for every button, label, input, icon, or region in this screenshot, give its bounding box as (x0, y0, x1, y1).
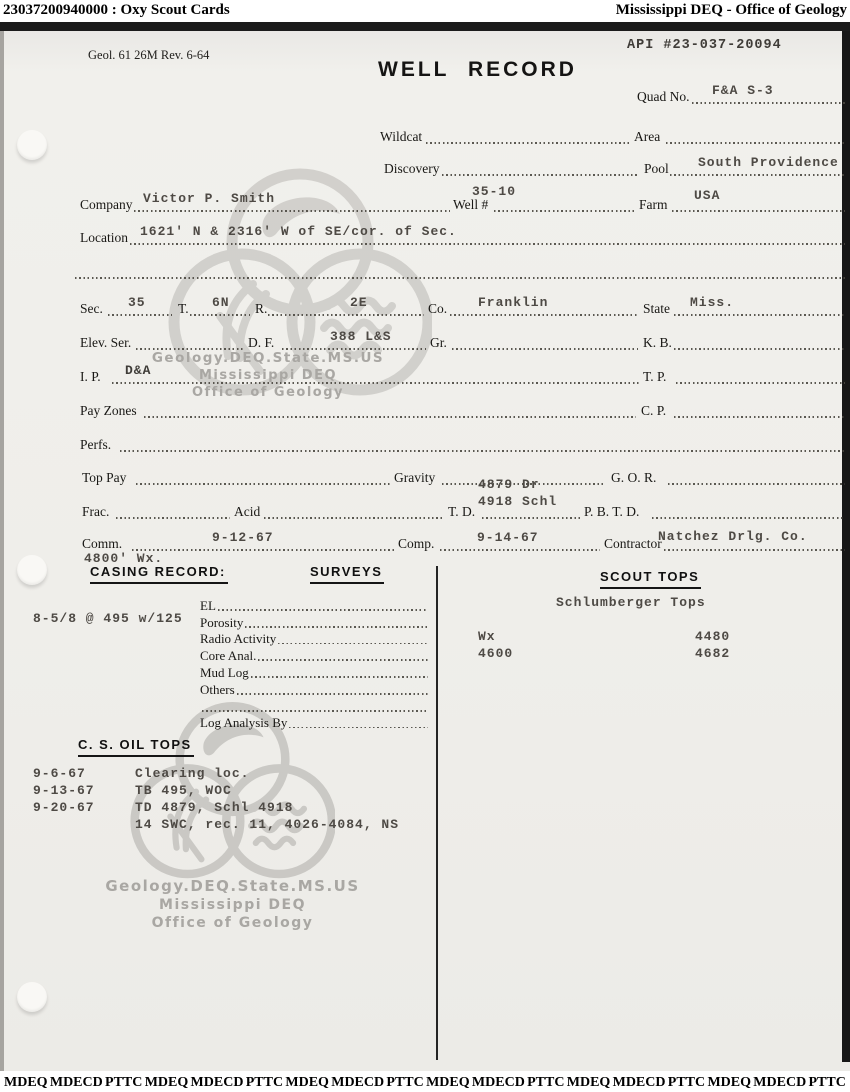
footer-ticker: MDEQ MDECD PTTC MDEQ MDECD PTTC MDEQ MDE… (0, 1071, 850, 1092)
footer-token: PTTC (246, 1073, 283, 1092)
top-pay-label: Top Pay (82, 470, 126, 486)
company-value: Victor P. Smith (143, 191, 275, 206)
survey-label: Others (200, 682, 235, 698)
field-rule-line (75, 277, 845, 279)
field-rule-line (664, 549, 845, 551)
field-rule-line (666, 142, 845, 144)
field-rule-line (251, 676, 428, 678)
survey-label: Core Anal. (200, 648, 256, 664)
field-rule-line (190, 314, 250, 316)
surveys-row: Radio Activity (200, 631, 428, 648)
watermark-url: Geology.DEQ.State.MS.US (105, 877, 360, 895)
field-rule-line (674, 348, 845, 350)
surveys-row: Core Anal. (200, 647, 428, 664)
api-number-stamp: API #23-037-20094 (627, 38, 782, 53)
field-rule-line (245, 626, 428, 628)
farm-value: USA (694, 188, 720, 203)
field-rule-line (668, 483, 845, 485)
footer-token: MDECD (50, 1073, 103, 1092)
footer-token: MDEQ (145, 1073, 189, 1092)
scan-right-edge (842, 31, 850, 1062)
survey-label: Porosity (200, 615, 243, 631)
field-rule-line (289, 727, 428, 729)
watermark-agency: Mississippi DEQ (105, 897, 360, 913)
comm-label: Comm. (82, 536, 122, 552)
survey-label: Mud Log (200, 665, 249, 681)
field-rule-line (652, 517, 845, 519)
sec-value: 35 (128, 295, 146, 310)
screenshot-root: 23037200940000 : Oxy Scout Cards Mississ… (0, 0, 850, 1092)
comm-value: 9-12-67 (212, 530, 274, 545)
quad-value: F&A S-3 (712, 83, 774, 98)
field-rule-line (116, 517, 230, 519)
gravity-label: Gravity (394, 470, 435, 486)
watermark-office: Office of Geology (105, 915, 360, 931)
entry-note: TB 495, WOC (135, 783, 232, 800)
contractor-value: Natchez Drlg. Co. (658, 529, 808, 544)
scout-tops-row: Wx 4480 (478, 629, 748, 646)
footer-token: MDEQ (707, 1073, 751, 1092)
scan-top-edge (0, 22, 850, 31)
pool-value: South Providence (698, 155, 839, 170)
survey-label: EL (200, 598, 216, 614)
area-label: Area (634, 129, 660, 145)
footer-token: MDECD (613, 1073, 666, 1092)
oil-tops-entry: 9-13-67 TB 495, WOC (33, 783, 428, 800)
hole-punch (17, 130, 47, 160)
comp-label: Comp. (398, 536, 434, 552)
entry-note: 14 SWC, rec. 11, 4026-4084, NS (135, 817, 399, 834)
surveys-row: Mud Log (200, 664, 428, 681)
watermark-agency: Mississippi DEQ (128, 368, 408, 383)
field-rule-line (278, 643, 428, 645)
footer-token: MDEQ (567, 1073, 611, 1092)
field-rule-line (482, 517, 580, 519)
scout-tops-table: Wx 4480 4600 4682 (478, 629, 748, 663)
footer-token: MDEQ (4, 1073, 48, 1092)
form-title: WELL RECORD (378, 58, 577, 82)
elev-ser-label: Elev. Ser. (80, 335, 131, 351)
field-rule-line (108, 314, 172, 316)
field-rule-line (282, 348, 426, 350)
field-rule-line (442, 174, 638, 176)
ip-label: I. P. (80, 369, 101, 385)
field-rule-line (674, 416, 845, 418)
scout-top-depth: 4682 (695, 646, 730, 663)
kb-label: K. B. (643, 335, 672, 351)
location-label: Location (80, 230, 128, 246)
column-divider-line (436, 566, 438, 1060)
field-rule-line (144, 416, 636, 418)
surveys-row: Log Analysis By (200, 715, 428, 732)
farm-label: Farm (639, 197, 668, 213)
scout-top-name: Wx (478, 629, 695, 646)
surveys-row: Porosity (200, 614, 428, 631)
cp-label: C. P. (641, 403, 666, 419)
gor-label: G. O. R. (611, 470, 656, 486)
viewer-header: 23037200940000 : Oxy Scout Cards Mississ… (0, 0, 850, 22)
field-rule-line (120, 450, 845, 452)
oil-tops-entry: 14 SWC, rec. 11, 4026-4084, NS (33, 817, 428, 834)
cs-oil-tops-heading: C. S. OIL TOPS (78, 737, 194, 757)
field-rule-line (112, 382, 640, 384)
cs-oil-tops-log: 9-6-67 Clearing loc. 9-13-67 TB 495, WOC… (33, 766, 428, 834)
contractor-label: Contractor (604, 536, 662, 552)
pay-zones-label: Pay Zones (80, 403, 137, 419)
state-value: Miss. (690, 295, 734, 310)
viewer-doc-id: 23037200940000 : Oxy Scout Cards (0, 0, 233, 20)
field-rule-line (258, 659, 428, 661)
field-rule-line (676, 382, 845, 384)
entry-date: 9-20-67 (33, 800, 135, 817)
td-schlumberger-value: 4918 Schl (478, 494, 557, 509)
watermark-office: Office of Geology (128, 385, 408, 400)
field-rule-line (672, 210, 845, 212)
df-value: 388 L&S (330, 329, 392, 344)
df-label: D. F. (248, 335, 274, 351)
footer-token: MDECD (191, 1073, 244, 1092)
county-value: Franklin (478, 295, 548, 310)
township-label: T. (178, 301, 189, 317)
hole-punch (17, 555, 47, 585)
range-value: 2E (350, 295, 368, 310)
field-rule-line (136, 483, 390, 485)
field-rule-line (426, 142, 630, 144)
range-label: R. (255, 301, 267, 317)
casing-record-entry: 8-5/8 @ 495 w/125 (33, 611, 183, 626)
form-revision: Geol. 61 26M Rev. 6-64 (88, 48, 209, 63)
entry-note: Clearing loc. (135, 766, 249, 783)
scout-top-depth: 4480 (695, 629, 730, 646)
field-rule-line (202, 710, 428, 712)
surveys-heading: SURVEYS (310, 564, 384, 584)
footer-token: PTTC (808, 1073, 845, 1092)
gr-label: Gr. (430, 335, 447, 351)
footer-token: MDECD (753, 1073, 806, 1092)
company-label: Company (80, 197, 133, 213)
scout-tops-subheading: Schlumberger Tops (556, 595, 706, 610)
field-rule-line (264, 517, 444, 519)
field-rule-line (136, 348, 244, 350)
td-label: T. D. (448, 504, 475, 520)
surveys-row (200, 698, 428, 715)
acid-label: Acid (234, 504, 260, 520)
viewer-source-title: Mississippi DEQ - Office of Geology (613, 0, 850, 20)
scout-tops-heading: SCOUT TOPS (600, 569, 701, 589)
oil-tops-entry: 9-6-67 Clearing loc. (33, 766, 428, 783)
footer-token: MDEQ (426, 1073, 470, 1092)
entry-date: 9-13-67 (33, 783, 135, 800)
sec-label: Sec. (80, 301, 103, 317)
surveys-row: EL (200, 597, 428, 614)
scout-top-name: 4600 (478, 646, 695, 663)
quad-label: Quad No. (637, 89, 690, 105)
scout-tops-row: 4600 4682 (478, 646, 748, 663)
field-rule-line (674, 314, 845, 316)
footer-token: MDEQ (285, 1073, 329, 1092)
field-rule-line (237, 693, 428, 695)
footer-token: MDECD (472, 1073, 525, 1092)
township-value: 6N (212, 295, 230, 310)
surveys-row: Others (200, 681, 428, 698)
footer-token: PTTC (527, 1073, 564, 1092)
footer-token: PTTC (105, 1073, 142, 1092)
comp-value: 9-14-67 (477, 530, 539, 545)
survey-label: Log Analysis By (200, 715, 287, 731)
td-driller-value: 4879 Dr (478, 477, 540, 492)
ip-value: D&A (125, 363, 151, 378)
field-rule-line (130, 243, 845, 245)
surveys-list: EL Porosity Radio Activity Core Anal. Mu… (200, 597, 428, 731)
perfs-label: Perfs. (80, 437, 111, 453)
field-rule-line (692, 102, 845, 104)
field-rule-line (132, 549, 394, 551)
entry-note: TD 4879, Schl 4918 (135, 800, 293, 817)
frac-label: Frac. (82, 504, 109, 520)
location-value: 1621' N & 2316' W of SE/cor. of Sec. (140, 224, 457, 239)
scan-left-edge (0, 31, 4, 1071)
wildcat-label: Wildcat (380, 129, 422, 145)
discovery-label: Discovery (384, 161, 439, 177)
watermark-url: Geology.DEQ.State.MS.US (128, 350, 408, 366)
casing-record-heading: CASING RECORD: (90, 564, 228, 584)
state-label: State (643, 301, 670, 317)
entry-date: 9-6-67 (33, 766, 135, 783)
field-rule-line (450, 314, 638, 316)
field-rule-line (494, 210, 634, 212)
pool-label: Pool (644, 161, 669, 177)
tp-label: T. P. (643, 369, 666, 385)
county-label: Co. (428, 301, 447, 317)
pbtd-label: P. B. T. D. (584, 504, 639, 520)
field-rule-line (218, 609, 428, 611)
oil-tops-entry: 9-20-67 TD 4879, Schl 4918 (33, 800, 428, 817)
survey-label: Radio Activity (200, 631, 276, 647)
hole-punch (17, 982, 47, 1012)
field-rule-line (268, 314, 424, 316)
field-rule-line (452, 348, 638, 350)
well-number-label: Well # (453, 197, 488, 213)
field-rule-line (670, 174, 845, 176)
footer-token: MDECD (331, 1073, 384, 1092)
field-rule-line (440, 549, 600, 551)
entry-date (33, 817, 135, 834)
field-rule-line (134, 210, 450, 212)
footer-token: PTTC (386, 1073, 423, 1092)
well-number-value: 35-10 (472, 184, 516, 199)
footer-token: PTTC (668, 1073, 705, 1092)
